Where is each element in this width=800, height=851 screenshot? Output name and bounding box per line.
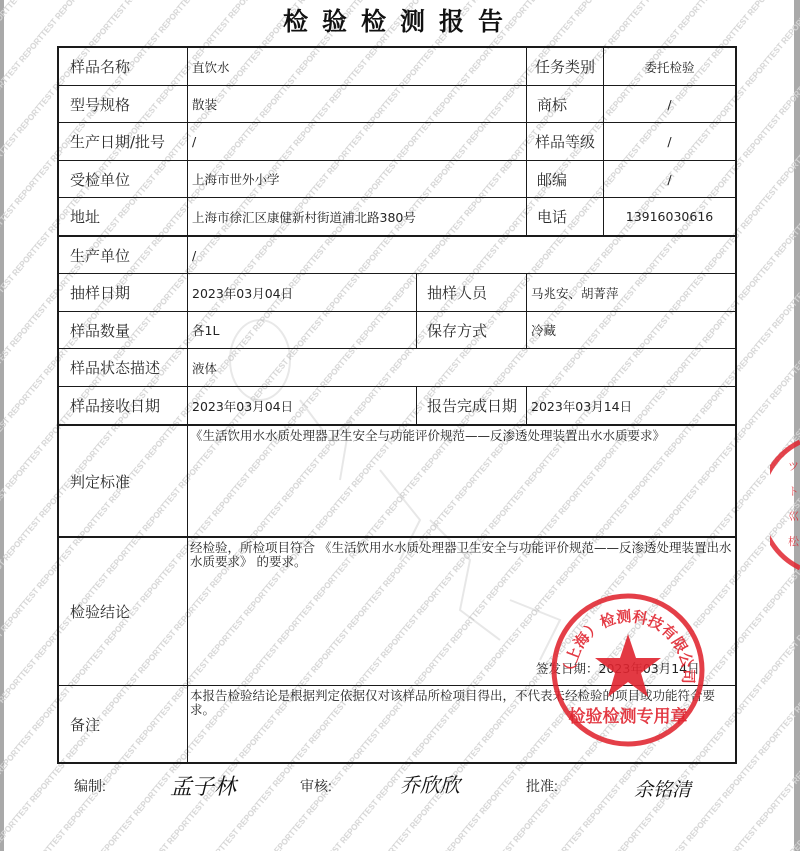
conclusion-label: 检验结论 bbox=[59, 538, 198, 685]
issue-date: 签发日期：2023年03月14日 bbox=[536, 662, 736, 676]
receipt-date-label: 样品接收日期 bbox=[59, 387, 198, 424]
compiled-label: 编制: bbox=[74, 776, 106, 796]
conclusion-value: 经检验，所检项目符合 《生活饮用水水质处理器卫生安全与功能评价规范——反渗透处理… bbox=[190, 541, 732, 569]
trademark-value: / bbox=[604, 86, 735, 122]
manufacturer-label: 生产单位 bbox=[59, 237, 198, 273]
remarks-value: 本报告检验结论是根据判定依据仅对该样品所检项目得出，不代表未经检验的项目或功能符… bbox=[190, 689, 735, 717]
trademark-label: 商标 bbox=[527, 86, 613, 122]
phone-value: 13916030616 bbox=[604, 198, 735, 235]
storage-method-value: 冷藏 bbox=[527, 312, 739, 348]
sampling-date-value: 2023年03月04日 bbox=[188, 274, 420, 311]
model-spec-value: 散装 bbox=[188, 86, 530, 122]
compiled-signature: 孟子林 bbox=[168, 768, 248, 808]
storage-method-label: 保存方式 bbox=[417, 312, 536, 348]
sampler-label: 抽样人员 bbox=[417, 274, 536, 311]
reviewed-signature: 乔欣欣 bbox=[398, 768, 478, 808]
reviewed-label: 审核: bbox=[300, 776, 332, 796]
phone-label: 电话 bbox=[527, 198, 613, 235]
remarks-label: 备注 bbox=[59, 686, 198, 762]
model-spec-label: 型号规格 bbox=[59, 86, 198, 122]
sample-name-label: 样品名称 bbox=[59, 48, 198, 85]
standard-value: 《生活饮用水水质处理器卫生安全与功能评价规范——反渗透处理装置出水水质要求》 bbox=[190, 429, 730, 443]
production-date-batch-label: 生产日期/批号 bbox=[59, 123, 198, 160]
address-label: 地址 bbox=[59, 198, 198, 235]
approved-signature: 余铭清 bbox=[634, 768, 694, 812]
address-value: 上海市徐汇区康健新村街道浦北路380号 bbox=[188, 198, 530, 235]
sample-quantity-value: 各1L bbox=[188, 312, 420, 348]
manufacturer-value: / bbox=[188, 237, 739, 273]
sampling-date-label: 抽样日期 bbox=[59, 274, 198, 311]
report-completion-date-label: 报告完成日期 bbox=[417, 387, 536, 424]
sampler-value: 马兆安、胡菁萍 bbox=[527, 274, 739, 311]
standard-label: 判定标准 bbox=[59, 426, 198, 536]
report-completion-date-value: 2023年03月14日 bbox=[527, 387, 739, 424]
svg-text:乔欣欣: 乔欣欣 bbox=[400, 773, 463, 797]
task-type-label: 任务类别 bbox=[527, 48, 611, 85]
receipt-date-value: 2023年03月04日 bbox=[188, 387, 420, 424]
sample-state-label: 样品状态描述 bbox=[59, 349, 198, 386]
sample-name-value: 直饮水 bbox=[188, 48, 530, 85]
task-type-value: 委托检验 bbox=[604, 48, 735, 85]
signature-row: 编制: 孟子林 审核: 乔欣欣 批准: 余铭清 bbox=[0, 768, 800, 808]
sample-state-value: 液体 bbox=[188, 349, 739, 386]
sample-grade-label: 样品等级 bbox=[527, 123, 611, 160]
production-date-batch-value: / bbox=[188, 123, 530, 160]
postcode-value: / bbox=[604, 161, 735, 197]
approved-label: 批准: bbox=[526, 776, 558, 796]
sample-quantity-label: 样品数量 bbox=[59, 312, 198, 348]
sample-grade-value: / bbox=[604, 123, 735, 160]
report-table: 样品名称 直饮水 任务类别 委托检验 型号规格 散装 商标 / 生产日期/批号 … bbox=[0, 0, 800, 851]
svg-text:孟子林: 孟子林 bbox=[170, 775, 239, 800]
inspected-unit-label: 受检单位 bbox=[59, 161, 198, 197]
postcode-label: 邮编 bbox=[527, 161, 613, 197]
inspected-unit-value: 上海市世外小学 bbox=[188, 161, 530, 197]
svg-text:余铭清: 余铭清 bbox=[634, 779, 694, 801]
issue-date-value: 2023年03月14日 bbox=[599, 661, 700, 676]
issue-date-label: 签发日期： bbox=[536, 661, 599, 676]
